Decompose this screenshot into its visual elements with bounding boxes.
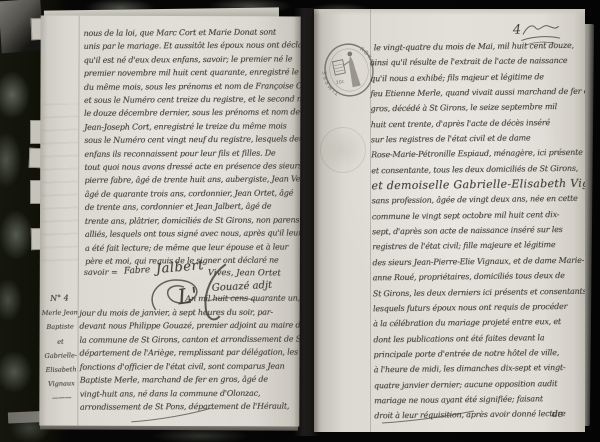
handwritten-line: la commune de St Girons, canton et arron… [79,332,297,347]
handwritten-line: ainsi qu'il résulte de l'extrait de l'ac… [370,53,576,71]
handwritten-line: An mil huit cens quarante un, et le sept… [79,291,297,306]
handwritten-line: le douze décembre dernier, sous les prén… [84,106,298,121]
stamp-value: 20c [335,79,345,87]
handwritten-line: anne Roué, propriétaires, domiciliés tou… [372,268,578,286]
margin-note-line: Baptiste [39,320,81,335]
catchword: de [552,410,563,420]
stamp-bleed-through [320,127,366,173]
stamp-tablet [332,60,345,75]
handwritten-line: département de l'Ariège, remplissant par… [80,345,298,360]
handwritten-line: unis par le mariage. Et aussitôt les épo… [84,39,298,54]
handwritten-line: jour du mois de janvier, à sept heures d… [79,305,297,320]
stamp-figure-head [347,51,353,57]
left-page: nous de la loi, que Marc Cort et Marie D… [39,16,300,427]
handwritten-line: a été fait lecture; de même que leur épo… [85,240,299,255]
margin-note-line: ——— [41,391,83,406]
handwritten-line: quatre janvier dernier; aucune oppositio… [374,375,580,393]
margin-note-line: N° 4 [39,291,80,306]
handwritten-line: à la célébration du mariage projeté entr… [373,314,579,332]
handwritten-line: Baptiste Merle, marchand de fer en gros,… [80,372,298,387]
marriage-act-text: le vingt-quatre du mois de Mai, mil huit… [370,38,581,424]
handwritten-line: pierre fabre, âgé de trente huit ans, au… [84,173,298,188]
handwritten-line: huit cent trente, d'après l'acte de décè… [371,114,577,132]
margin-note-line: Elisabeth [40,362,82,377]
end-swoosh [129,406,213,424]
ink-bleed-through [42,104,79,269]
handwritten-line: vingt-huit ans, né dans la commune d'Olo… [80,386,298,401]
stamp-figure-body [346,55,361,87]
margin-note-line: Gabrielle- [40,348,82,363]
handwritten-line: de trente ans, cordonnier et Jean Jalber… [85,200,299,215]
act-second-text: An mil huit cens quarante un, et le sept… [79,291,298,414]
right-page: 20c TIMBRE ROYAL 4 le vingt-quatre du mo… [314,9,585,432]
handwritten-line: alliés, lesquels ont tous signé avec nou… [85,226,299,241]
margin-note-line: et [39,334,81,349]
margin-note: N° 4Merle JeanBaptisteetGabrielle-Elisab… [39,291,83,406]
margin-note-line: Vignaux [40,376,82,391]
handwritten-line: devant nous Philippe Gouazé, premier adj… [79,318,297,333]
declaration-label: savoir = [84,268,118,277]
margin-note-line: Merle Jean [39,305,81,320]
handwritten-line: premier novembre mil huit cent quarante,… [84,66,298,81]
book-scan: nous de la loi, que Marc Cort et Marie D… [0,0,600,442]
handwritten-line: sous le Numéro cent vingt neuf du regist… [84,133,298,148]
gutter-shadow [294,8,320,436]
folio-number: 4 [512,23,521,38]
end-swoosh [380,409,476,425]
handwritten-line: fonctions d'officier de l'état civil, so… [80,359,298,374]
act-first-text: nous de la loi, que Marc Cort et Marie D… [83,25,299,268]
